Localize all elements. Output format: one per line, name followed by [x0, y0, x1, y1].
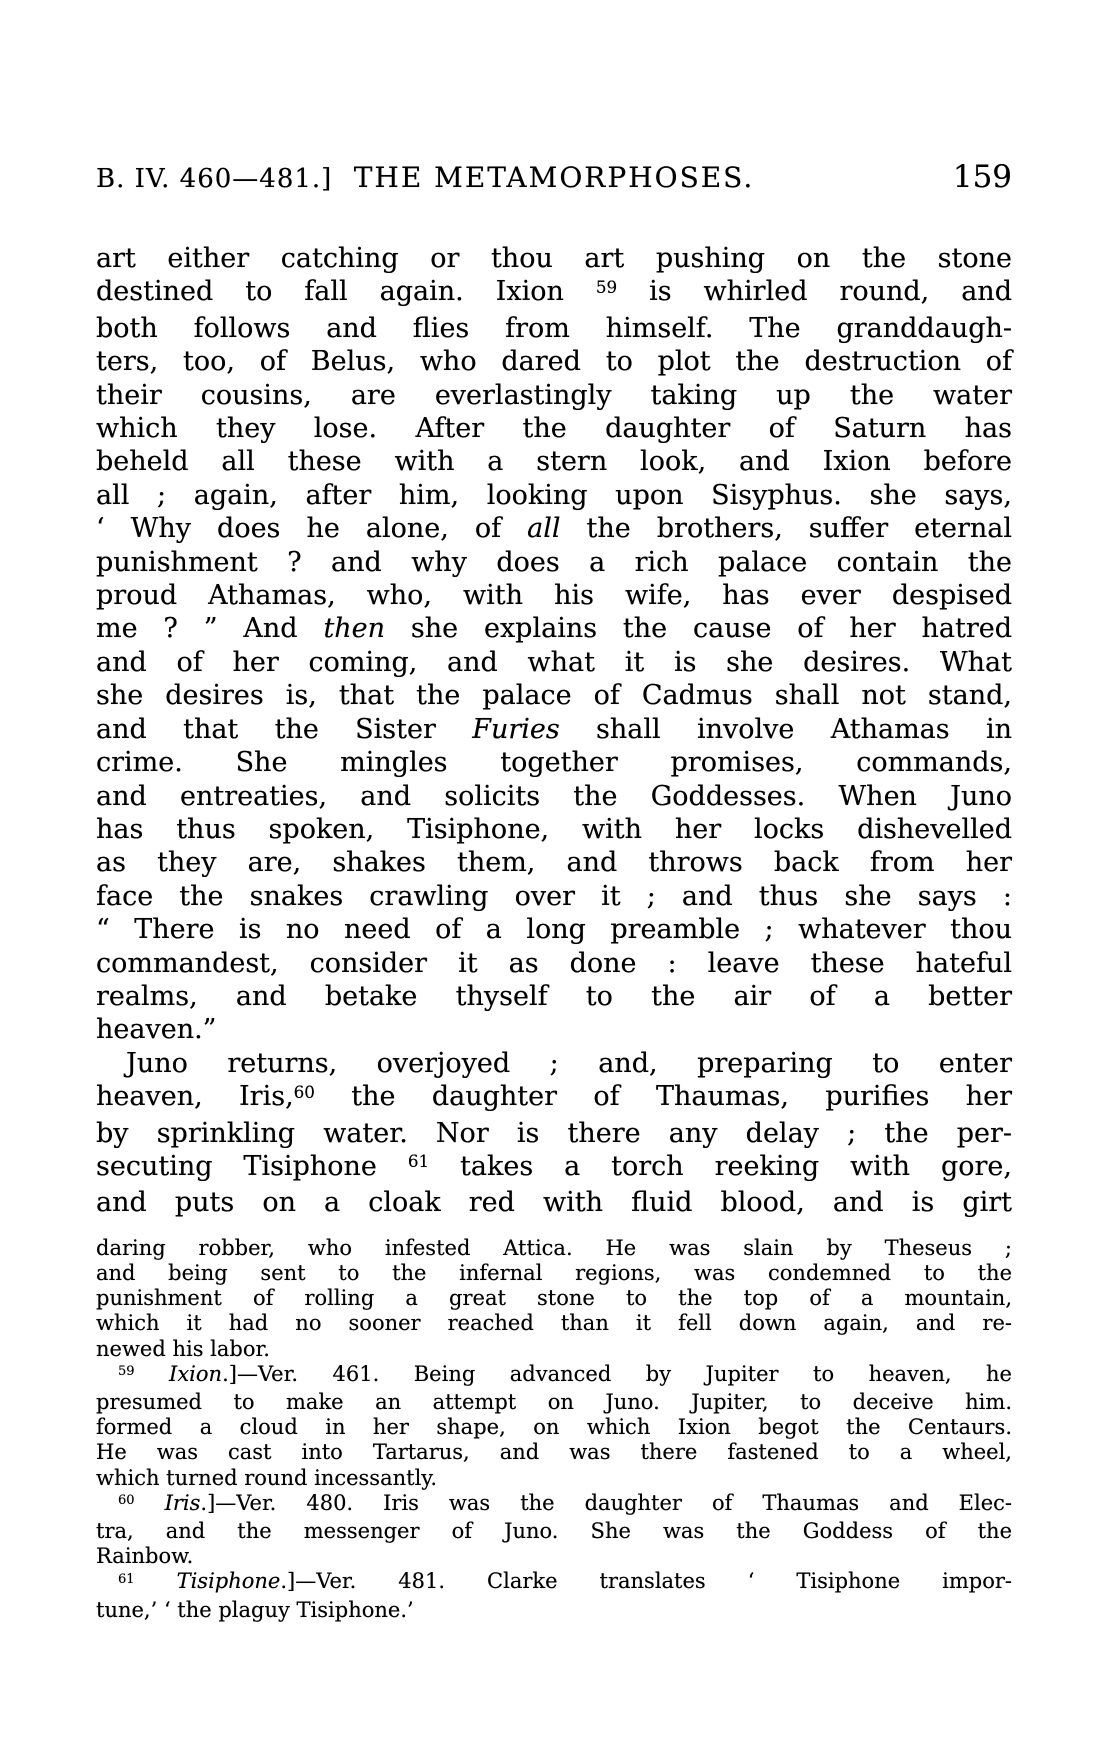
footnote-reference: 59 [118, 1364, 135, 1379]
text-line: 60 Iris.]—Ver. 480. Iris was the daughte… [96, 1491, 1012, 1519]
body-text: art either catching or thou art pushing … [96, 242, 1012, 1220]
text-line: which turned round incessantly. [96, 1466, 1012, 1491]
book-page-scan: B. IV. 460—481.] THE METAMORPHOSES. 159 … [0, 0, 1115, 1760]
running-header: B. IV. 460—481.] THE METAMORPHOSES. 159 [96, 160, 1012, 196]
italic-text: Iris [165, 1491, 201, 1515]
text-line: He was cast into Tartarus, and was there… [96, 1440, 1012, 1465]
footnote-reference: 59 [596, 277, 617, 297]
text-line: and of her coming, and what it is she de… [96, 646, 1012, 679]
text-line: “ There is no need of a long preamble ; … [96, 913, 1012, 946]
text-line: Rainbow. [96, 1544, 1012, 1569]
text-line: 59 Ixion.]—Ver. 461. Being advanced by J… [96, 1362, 1012, 1390]
footnote-reference: 61 [408, 1151, 429, 1171]
text-line: face the snakes crawling over it ; and t… [96, 880, 1012, 913]
text-line: their cousins, are everlastingly taking … [96, 379, 1012, 412]
text-line: secuting Tisiphone 61 takes a torch reek… [96, 1150, 1012, 1186]
header-book-title: THE METAMORPHOSES. [354, 161, 755, 195]
header-page-number: 159 [754, 160, 1012, 194]
text-line: tune,’ ‘ the plaguy Tisiphone.’ [96, 1598, 1012, 1623]
text-line: tra, and the messenger of Juno. She was … [96, 1519, 1012, 1544]
text-line: Juno returns, overjoyed ; and, preparing… [96, 1047, 1012, 1080]
italic-text: Ixion [169, 1362, 222, 1386]
italic-text: all [527, 513, 560, 544]
text-line: heaven.” [96, 1013, 1012, 1046]
header-verse-reference: B. IV. 460—481.] [96, 162, 354, 196]
text-line: newed his labor. [96, 1337, 1012, 1362]
text-line: ters, too, of Belus, who dared to plot t… [96, 345, 1012, 378]
text-line: has thus spoken, Tisiphone, with her loc… [96, 813, 1012, 846]
text-line: art either catching or thou art pushing … [96, 242, 1012, 275]
text-line: formed a cloud in her shape, on which Ix… [96, 1415, 1012, 1440]
text-line: commandest, consider it as done : leave … [96, 947, 1012, 980]
text-line: she desires is, that the palace of Cadmu… [96, 679, 1012, 712]
text-line: beheld all these with a stern look, and … [96, 445, 1012, 478]
footnote-reference: 61 [118, 1572, 135, 1587]
text-line: and being sent to the infernal regions, … [96, 1261, 1012, 1286]
footnote-reference: 60 [294, 1082, 315, 1102]
footnotes: daring robber, who infested Attica. He w… [96, 1236, 1012, 1623]
text-line: ‘ Why does he alone, of all the brothers… [96, 512, 1012, 545]
text-line: heaven, Iris,60 the daughter of Thaumas,… [96, 1080, 1012, 1116]
italic-text: Furies [472, 714, 560, 745]
text-line: both follows and flies from himself. The… [96, 312, 1012, 345]
text-line: and puts on a cloak red with fluid blood… [96, 1186, 1012, 1219]
text-line: and entreaties, and solicits the Goddess… [96, 780, 1012, 813]
footnote-reference: 60 [118, 1493, 135, 1508]
text-line: which they lose. After the daughter of S… [96, 412, 1012, 445]
text-line: and that the Sister Furies shall involve… [96, 713, 1012, 746]
italic-text: Tisiphone [177, 1569, 281, 1593]
text-line: crime. She mingles together promises, co… [96, 746, 1012, 779]
text-line: destined to fall again. Ixion 59 is whir… [96, 275, 1012, 311]
text-line: as they are, shakes them, and throws bac… [96, 846, 1012, 879]
text-line: me ? ” And then she explains the cause o… [96, 612, 1012, 645]
text-line: daring robber, who infested Attica. He w… [96, 1236, 1012, 1261]
text-line: all ; again, after him, looking upon Sis… [96, 479, 1012, 512]
text-line: proud Athamas, who, with his wife, has e… [96, 579, 1012, 612]
text-line: by sprinkling water. Nor is there any de… [96, 1117, 1012, 1150]
text-line: realms, and betake thyself to the air of… [96, 980, 1012, 1013]
text-line: which it had no sooner reached than it f… [96, 1311, 1012, 1336]
text-line: punishment ? and why does a rich palace … [96, 546, 1012, 579]
text-line: punishment of rolling a great stone to t… [96, 1286, 1012, 1311]
text-line: 61 Tisiphone.]—Ver. 481. Clarke translat… [96, 1569, 1012, 1597]
text-line: presumed to make an attempt on Juno. Jup… [96, 1390, 1012, 1415]
italic-text: then [323, 613, 385, 644]
